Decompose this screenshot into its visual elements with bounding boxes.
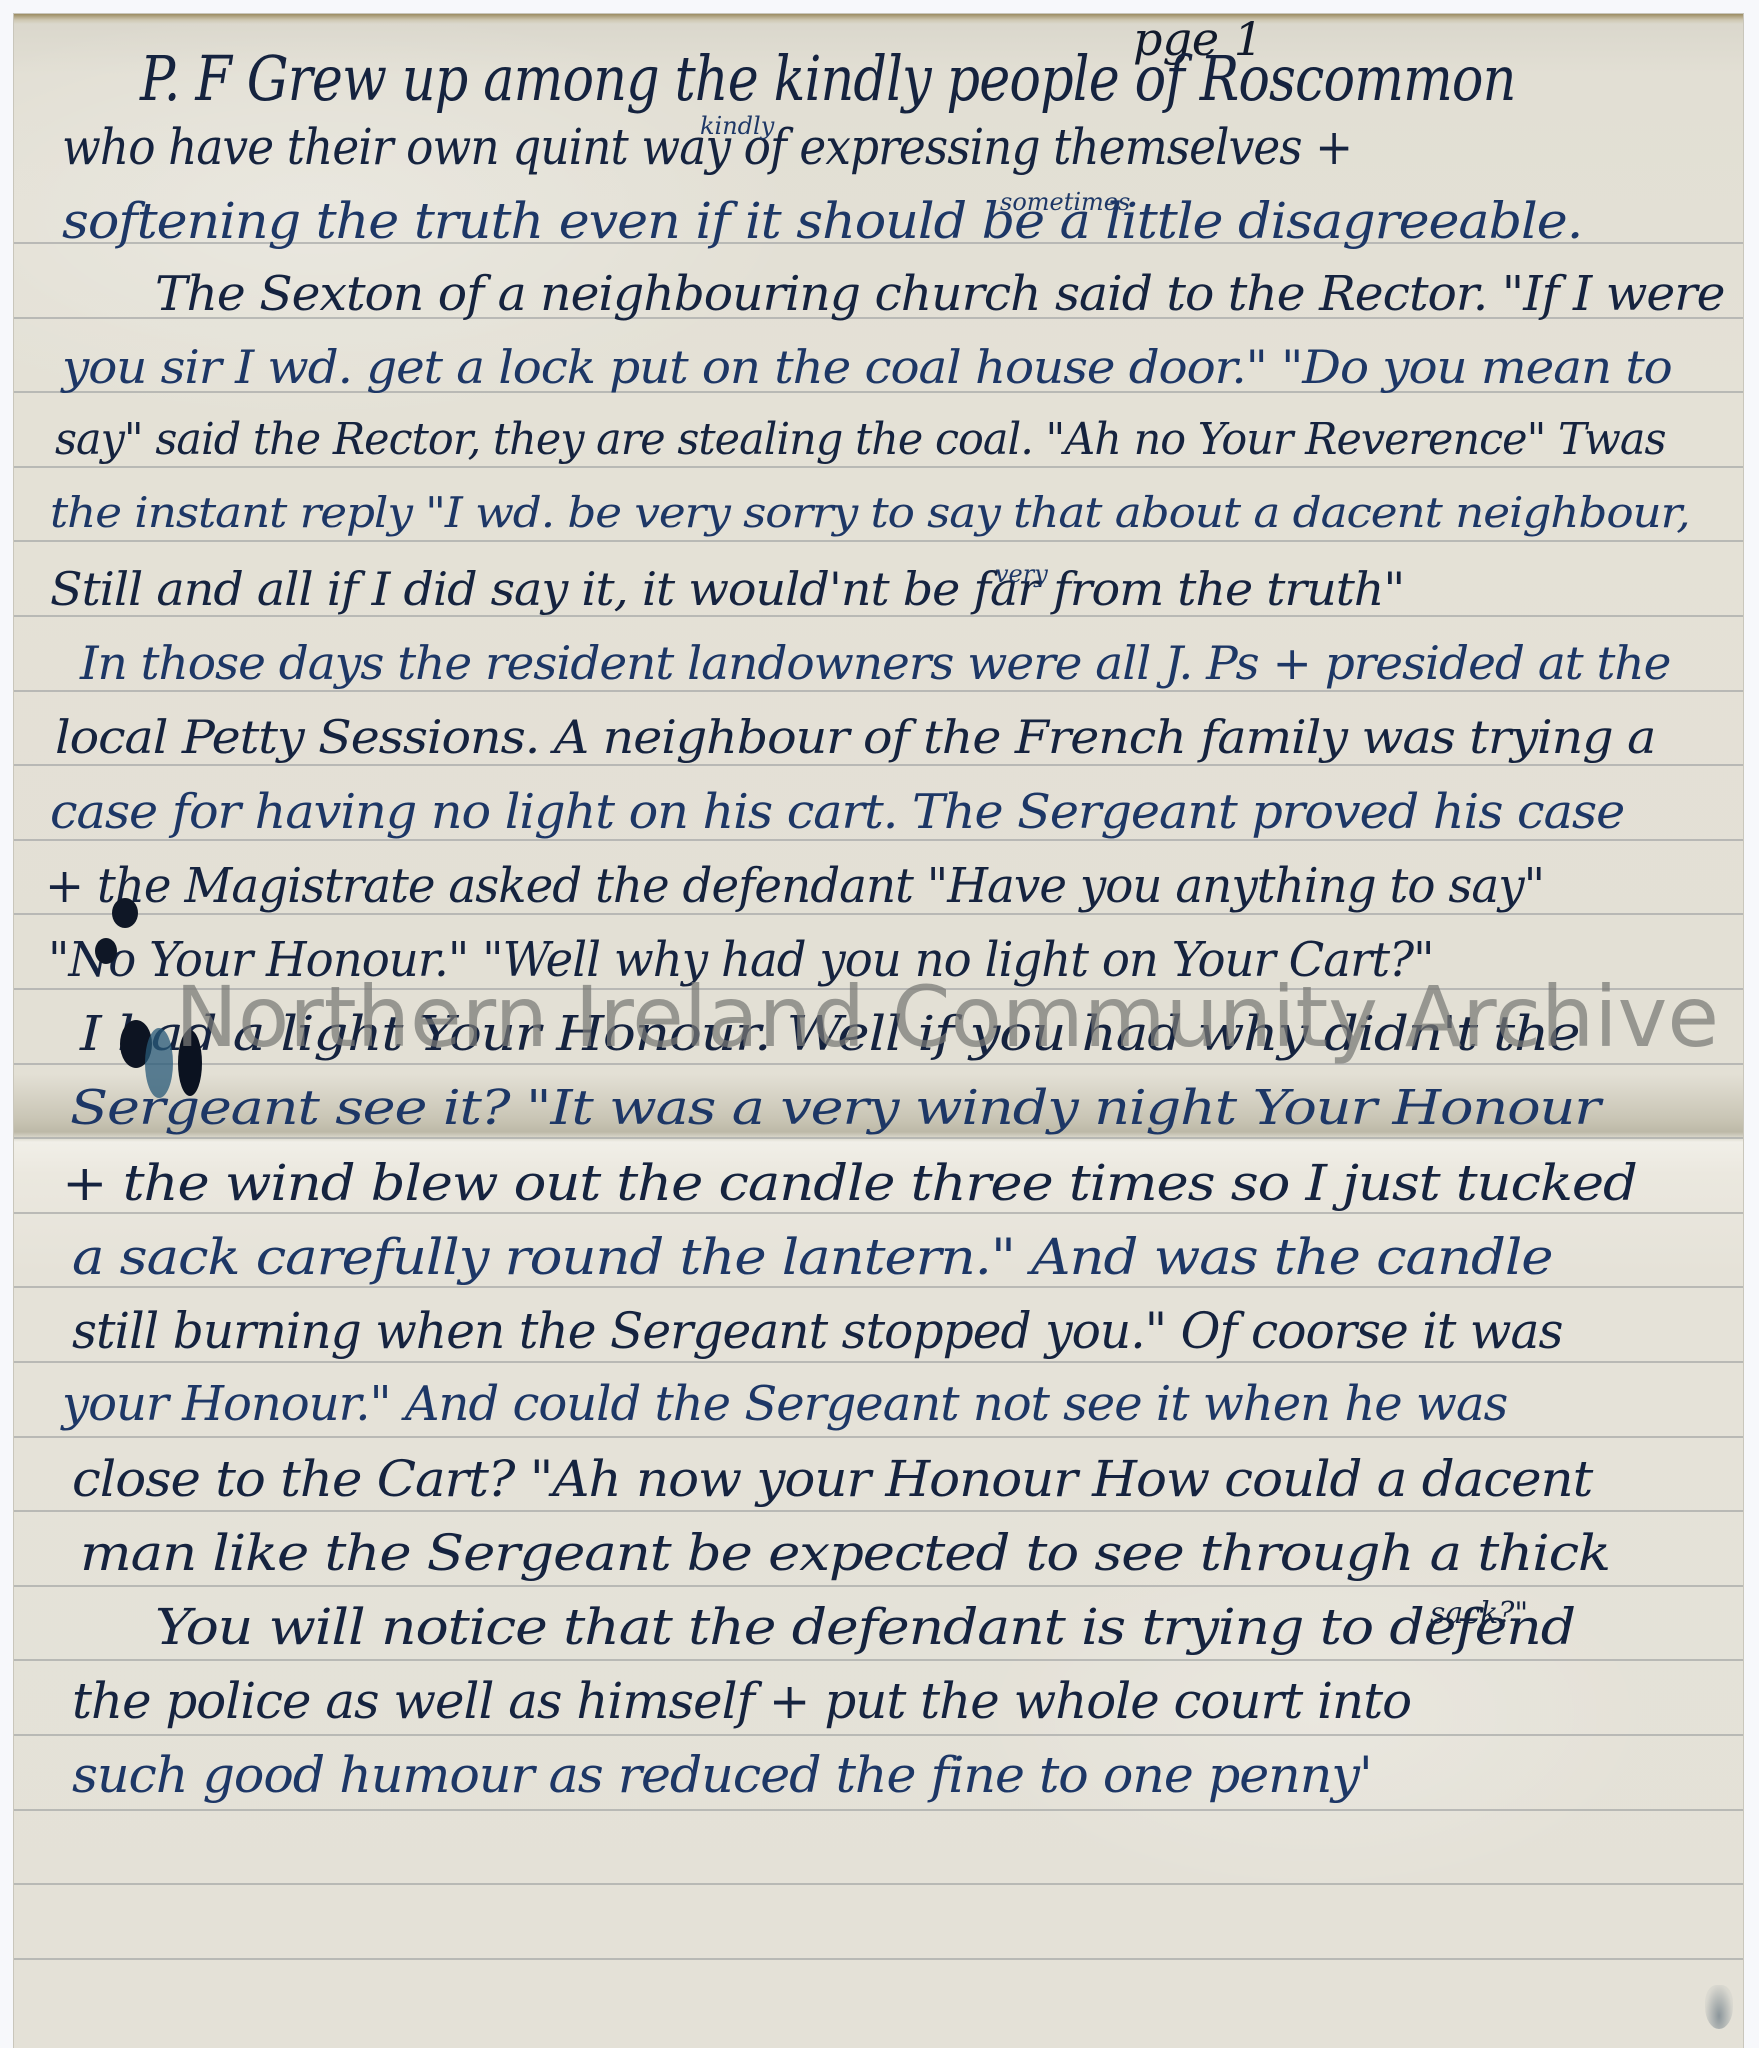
text-line: case for having no light on his cart. Th… [50, 784, 1624, 840]
text-line: In those days the resident landowners we… [80, 636, 1670, 690]
text-line: P. F Grew up among the kindly people of … [140, 42, 1516, 115]
text-line: the instant reply "I wd. be very sorry t… [50, 488, 1690, 537]
ink-blot [178, 1030, 202, 1096]
rule-line [14, 1212, 1743, 1214]
rule-line [14, 988, 1743, 990]
rule-line [14, 1436, 1743, 1438]
text-line: still burning when the Sergeant stopped … [72, 1302, 1562, 1360]
rule-line [14, 466, 1743, 468]
text-line: such good humour as reduced the fine to … [72, 1746, 1372, 1804]
text-line: you sir I wd. get a lock put on the coal… [62, 340, 1672, 394]
insertion-sack: sack?" [1430, 1596, 1528, 1631]
rule-line [14, 1286, 1743, 1288]
text-line: the police as well as himself + put the … [72, 1672, 1411, 1730]
insertion-kindly: kindly [700, 112, 774, 140]
ink-blot [95, 938, 117, 964]
rule-line [14, 764, 1743, 766]
torn-top-edge [14, 14, 1743, 24]
text-line: softening the truth even if it should be… [62, 192, 1582, 250]
text-line: Sergeant see it? "It was a very windy ni… [70, 1080, 1600, 1136]
rule-line [14, 1659, 1743, 1661]
text-line: your Honour." And could the Sergeant not… [62, 1376, 1507, 1432]
text-line: The Sexton of a neighbouring church said… [155, 266, 1724, 322]
rule-line [14, 1883, 1743, 1885]
rule-line [14, 1809, 1743, 1811]
ink-blot [145, 1028, 173, 1098]
rule-line [14, 1734, 1743, 1736]
insertion-sometimes: sometimes [1000, 188, 1130, 216]
text-line: a sack carefully round the lantern." And… [72, 1228, 1552, 1286]
text-line: local Petty Sessions. A neighbour of the… [55, 710, 1655, 764]
insertion-very: very [995, 560, 1048, 588]
ink-stain [1705, 1985, 1733, 2029]
text-line: close to the Cart? "Ah now your Honour H… [72, 1450, 1592, 1508]
rule-line [14, 540, 1743, 542]
text-line: You will notice that the defendant is tr… [155, 1598, 1575, 1656]
text-line: I had a light Your Honour. Well if you h… [80, 1006, 1579, 1062]
text-line: say" said the Rector, they are stealing … [55, 414, 1666, 465]
text-line: + the Magistrate asked the defendant "Ha… [45, 858, 1544, 914]
text-line: man like the Sergeant be expected to see… [80, 1524, 1610, 1582]
rule-line [14, 1958, 1743, 1960]
ink-blot [112, 898, 138, 928]
rule-line [14, 1361, 1743, 1363]
rule-line [14, 1137, 1743, 1139]
text-line: Still and all if I did say it, it would'… [50, 562, 1404, 616]
rule-line [14, 1585, 1743, 1587]
text-line: "No Your Honour." "Well why had you no l… [48, 932, 1434, 988]
rule-line [14, 1063, 1743, 1065]
rule-line [14, 1510, 1743, 1512]
text-line: + the wind blew out the candle three tim… [62, 1154, 1637, 1212]
